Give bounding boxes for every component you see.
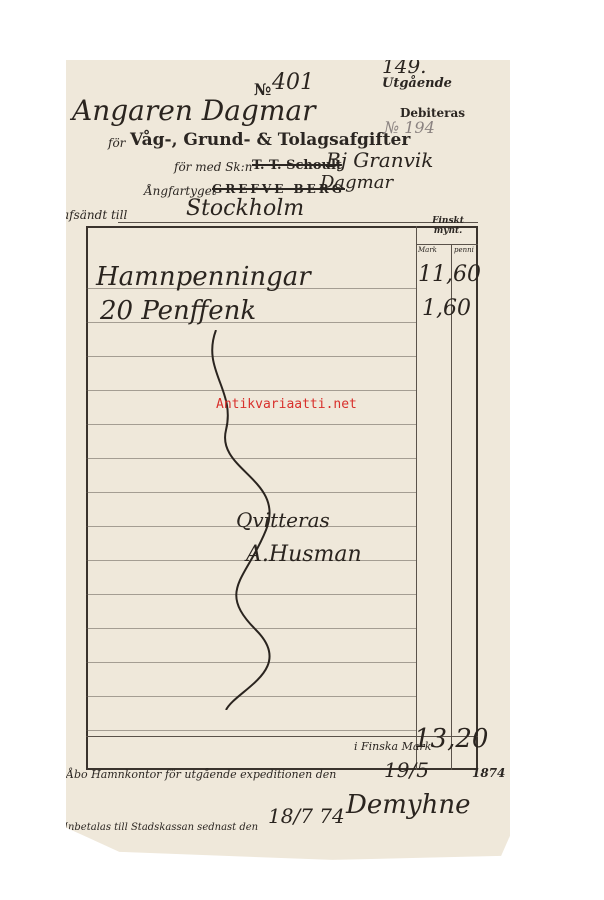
signature-line: A.Husman [246,542,362,567]
row-description: 20 Penffenk [100,296,256,326]
office-date: 19/5 [384,758,429,782]
row-amount: 11,60 [418,262,481,287]
currency-header-divider [416,244,478,245]
official-signature: Demyhne [346,790,470,820]
penni-column-divider [451,245,452,770]
debtor-name: Angaren Dagmar [72,94,315,127]
vessel-row-label: för med Sk:n [174,160,252,174]
sent-to-label: afsändt till [62,208,127,222]
amount-column-divider [416,226,417,770]
vessel-handwritten: Bj Granvik [326,148,433,172]
steamer-handwritten: Dagmar [320,172,393,193]
corner-number: 149. [382,54,427,78]
ruled-line [86,730,416,731]
direction-label: Utgående [382,76,452,91]
payment-label: Inbetalas till Stadskassan sednast den [64,822,258,833]
document-paper: № 401 149. Utgående Angaren Dagmar Debit… [66,60,510,868]
office-label: Åbo Hamnkontor för utgående expeditionen… [66,768,336,781]
currency-header: Finskt mynt. [418,216,478,236]
row-description: Hamnpenningar [96,262,311,292]
signature-line: Qvitteras [236,508,330,532]
total-value: 13,20 [414,724,488,754]
sent-to-value: Stockholm [186,196,304,221]
watermark: Antikvariaatti.net [216,397,357,412]
office-year: 1874 [472,766,505,780]
col-penni-header: penni [454,246,474,254]
payment-date: 18/7 74 [268,804,345,828]
number-value: 401 [272,70,314,95]
col-mark-header: Mark [418,246,437,254]
fees-prefix: för [108,136,125,150]
fees-title: Våg-, Grund- & Tolagsafgifter [130,130,410,150]
row-amount: 1,60 [422,296,471,321]
